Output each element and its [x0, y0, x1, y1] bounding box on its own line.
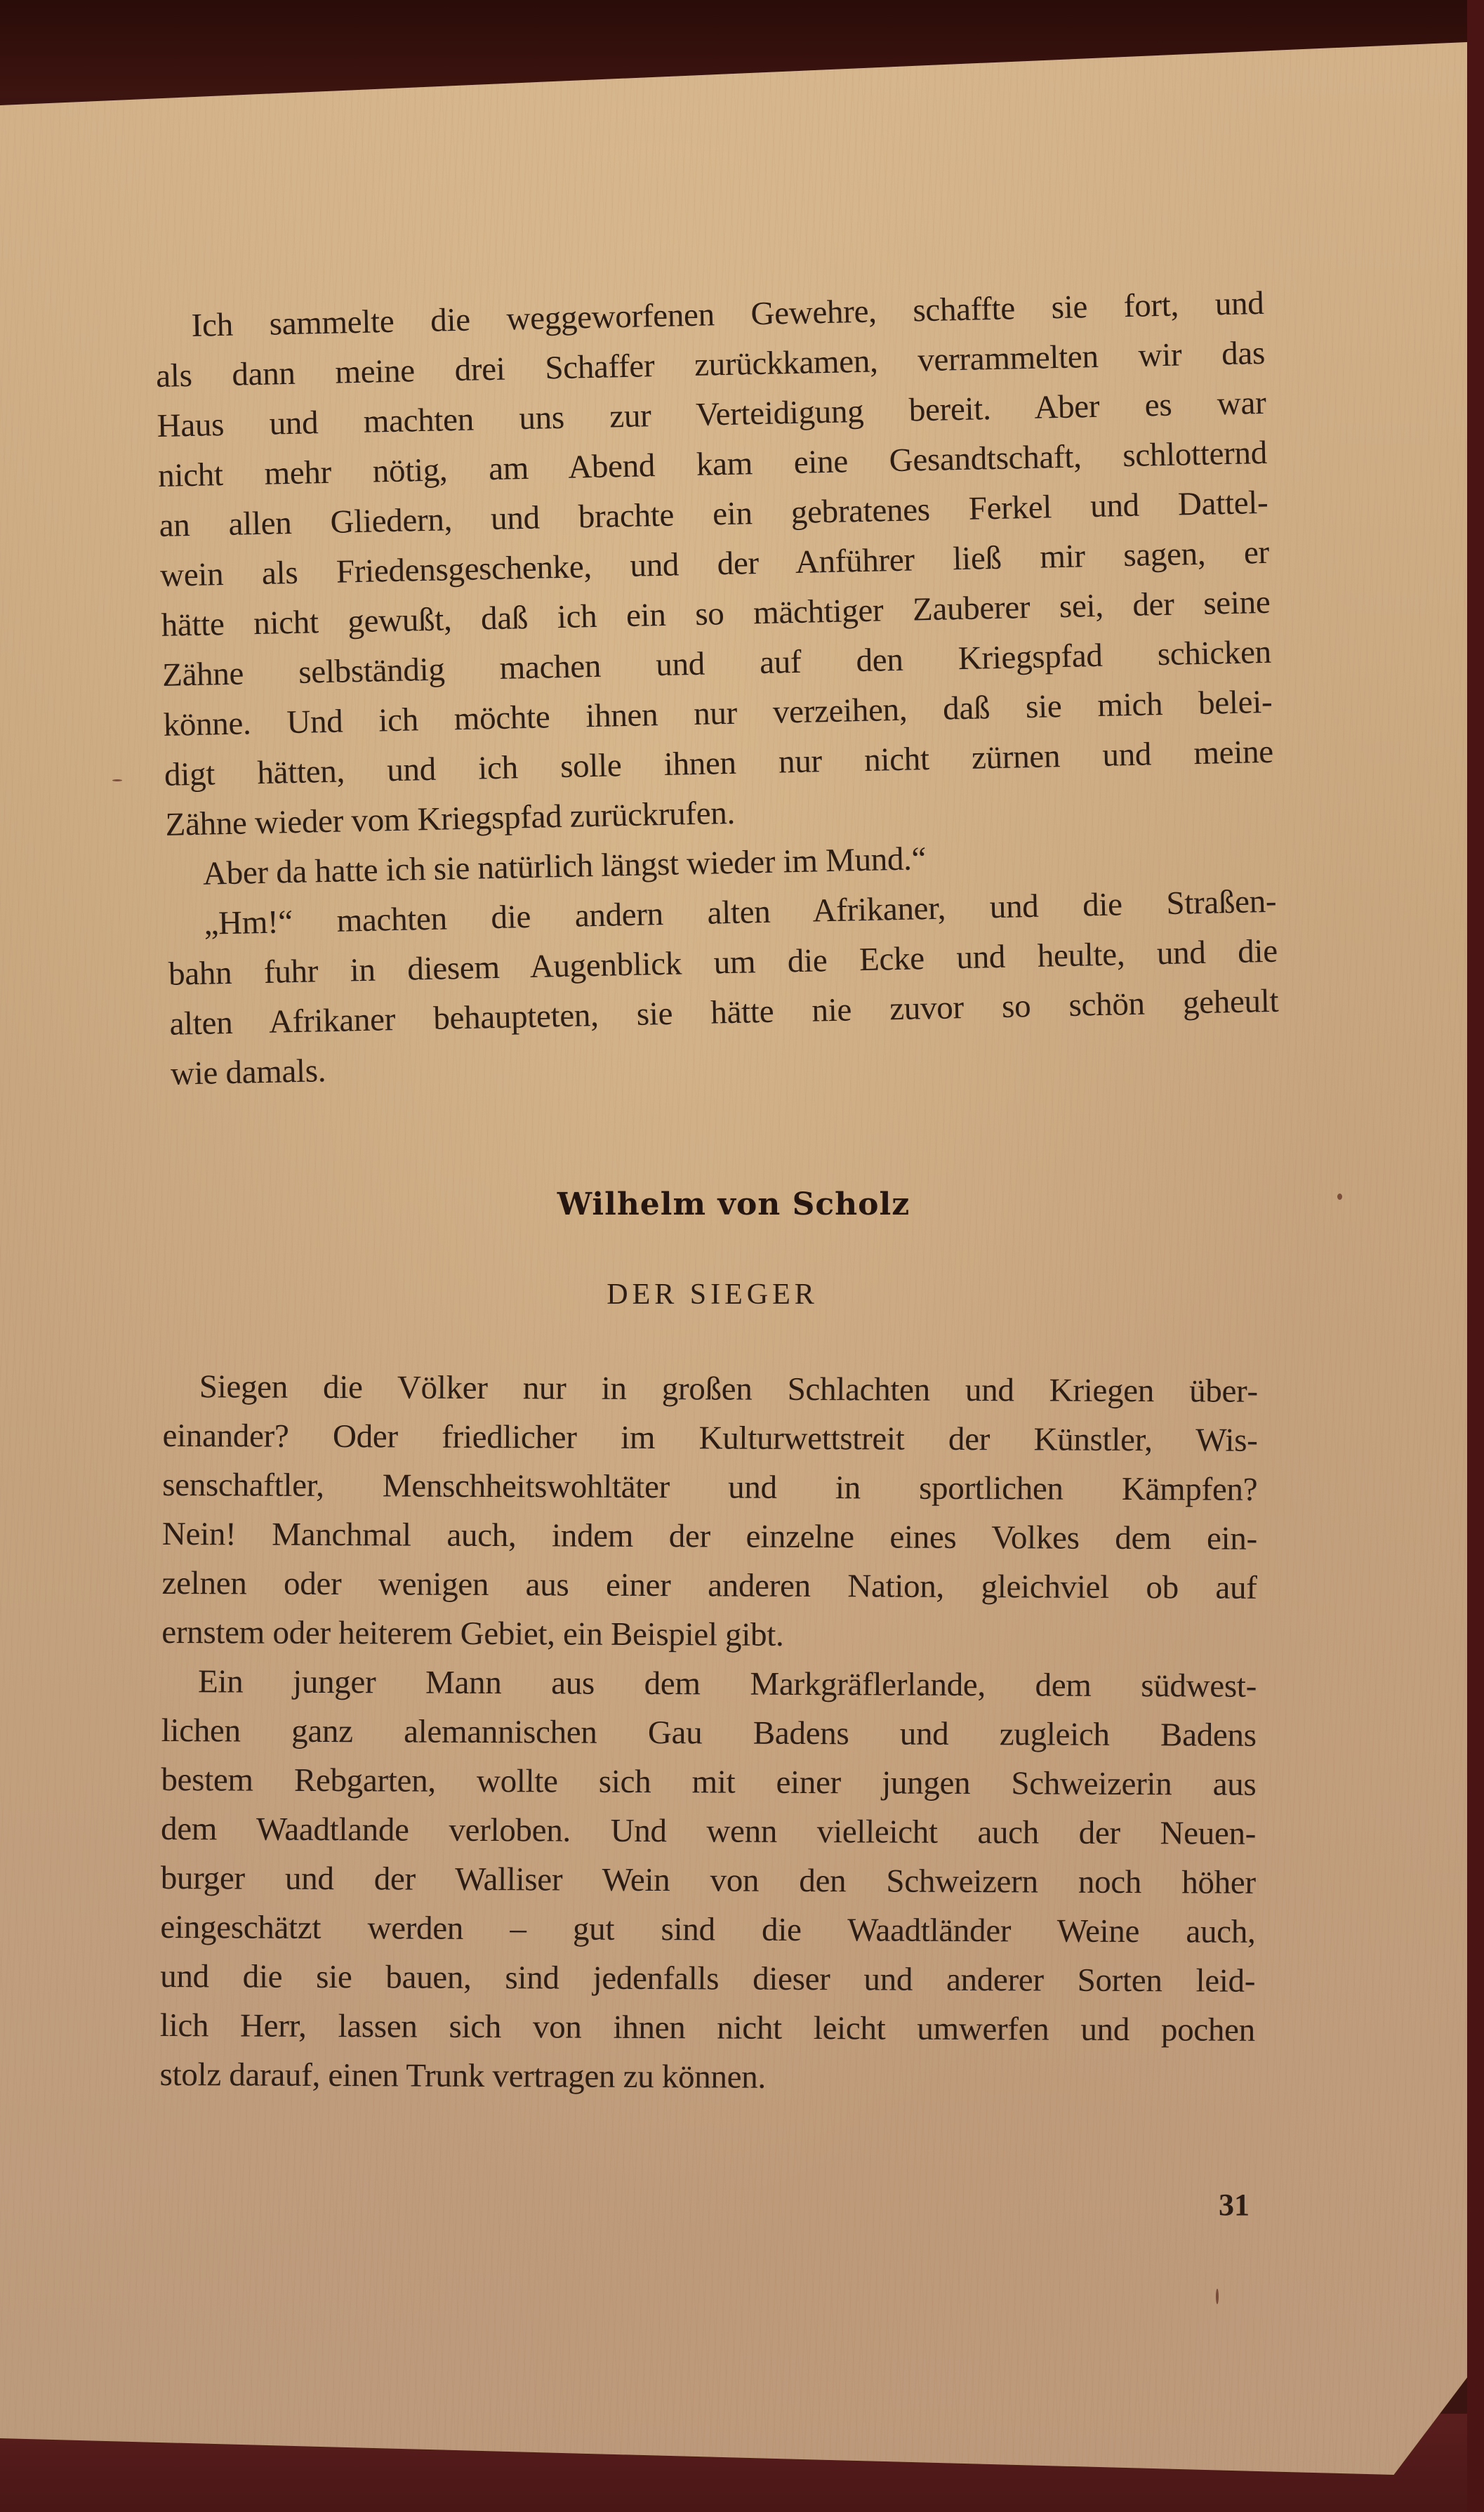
text-line: lichen ganz alemannischen Gau Badens und…	[161, 1706, 1257, 1760]
text-line: burger und der Walliser Wein von den Sch…	[161, 1853, 1256, 1908]
text-line: stolz darauf, einen Trunk vertragen zu k…	[159, 2050, 1254, 2104]
text-line: Siegen die Völker nur in großen Schlacht…	[163, 1362, 1258, 1416]
story-body: Siegen die Völker nur in großen Schlacht…	[159, 1362, 1258, 2104]
text-line: ernstem oder heiterem Gebiet, ein Beispi…	[161, 1608, 1257, 1662]
text-line: bestem Rebgarten, wollte sich mit einer …	[161, 1755, 1256, 1809]
paper-speck	[112, 779, 122, 781]
paragraph: „Hm!“ machten die andern alten Afrikaner…	[167, 877, 1280, 1099]
text-line: eingeschätzt werden – gut sind die Waadt…	[160, 1903, 1255, 1957]
author-name: Wilhelm von Scholz	[0, 1186, 1467, 1222]
text-line: dem Waadtlande verloben. Und wenn vielle…	[161, 1804, 1256, 1858]
book-cover-right-edge	[1467, 0, 1484, 2512]
text-line: senschaftler, Menschheitswohltäter und i…	[162, 1460, 1257, 1514]
paragraph: Ich sammelte die weggeworfenen Gewehre, …	[154, 279, 1275, 850]
text-line: Nein! Manchmal auch, indem der einzelne …	[162, 1509, 1257, 1564]
page-number: 31	[1219, 2187, 1250, 2223]
story-title: DER SIEGER	[0, 1278, 1425, 1311]
previous-story-ending: Ich sammelte die weggeworfenen Gewehre, …	[154, 279, 1280, 1099]
paragraph: Ein junger Mann aus dem Markgräflerlande…	[159, 1657, 1257, 2104]
text-line: lich Herr, lassen sich von ihnen nicht l…	[160, 2001, 1255, 2055]
text-line: einander? Oder friedlicher im Kulturwett…	[162, 1411, 1257, 1465]
text-line: und die sie bauen, sind jedenfalls diese…	[160, 1952, 1255, 2006]
paragraph: Siegen die Völker nur in großen Schlacht…	[161, 1362, 1258, 1662]
book-page: Ich sammelte die weggeworfenen Gewehre, …	[0, 42, 1467, 2475]
text-line: Ein junger Mann aus dem Markgräflerlande…	[161, 1657, 1257, 1711]
paper-speck	[1216, 2289, 1219, 2304]
text-line: zelnen oder wenigen aus einer anderen Na…	[161, 1559, 1257, 1613]
